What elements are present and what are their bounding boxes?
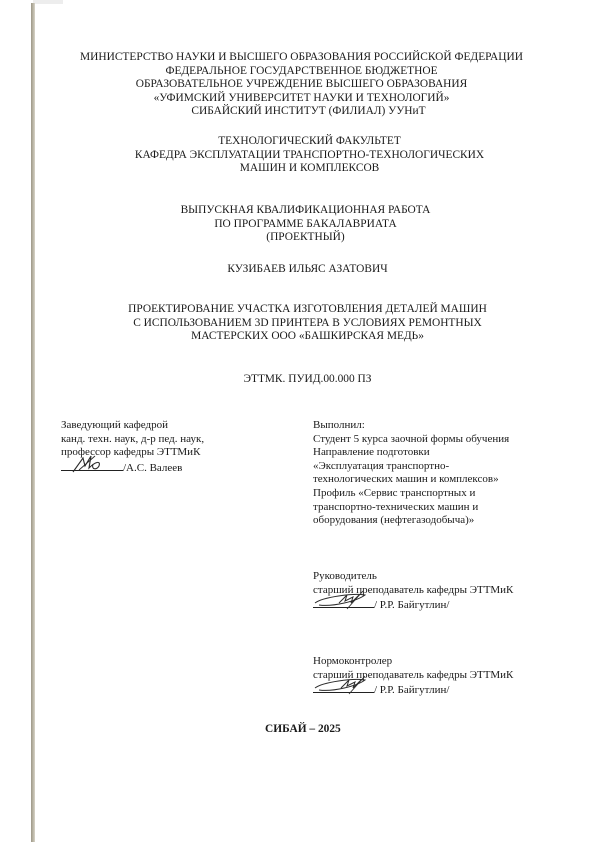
faculty-line: КАФЕДРА ЭКСПЛУАТАЦИИ ТРАНСПОРТНО-ТЕХНОЛО… bbox=[12, 149, 595, 163]
norm-controller-signature-line: / Р.Р. Байгутлин/ bbox=[313, 682, 513, 698]
title-line: МАСТЕРСКИХ ООО «БАШКИРСКАЯ МЕДЬ» bbox=[10, 330, 595, 344]
performed-line: технологических машин и комплексов» bbox=[313, 473, 509, 487]
author-line: КУЗИБАЕВ ИЛЬЯС АЗАТОВИЧ bbox=[10, 263, 595, 277]
supervisor-signature-line: / Р.Р. Байгутлин/ bbox=[313, 597, 513, 613]
norm-controller-role: Нормоконтролер bbox=[313, 655, 513, 669]
head-signature-line: /А.С. Валеев bbox=[61, 460, 204, 476]
signature-blank bbox=[313, 682, 374, 693]
thesis-title: ПРОЕКТИРОВАНИЕ УЧАСТКА ИЗГОТОВЛЕНИЯ ДЕТА… bbox=[10, 303, 595, 344]
city-year: СИБАЙ – 2025 bbox=[265, 723, 341, 735]
scan-edge-line bbox=[31, 3, 35, 842]
performed-line: Направление подготовки bbox=[313, 446, 509, 460]
performed-line: Студент 5 курса заочной формы обучения bbox=[313, 433, 509, 447]
signature-blank bbox=[61, 460, 123, 471]
organization-line: СИБАЙСКИЙ ИНСТИТУТ (ФИЛИАЛ) УУНиТ bbox=[4, 105, 595, 119]
performed-label: Выполнил: bbox=[313, 419, 509, 433]
performed-by-block: Выполнил: Студент 5 курса заочной формы … bbox=[313, 419, 509, 528]
supervisor-role: Руководитель bbox=[313, 570, 513, 584]
faculty-line: МАШИН И КОМПЛЕКСОВ bbox=[12, 162, 595, 176]
organization-line: «УФИМСКИЙ УНИВЕРСИТЕТ НАУКИ И ТЕХНОЛОГИЙ… bbox=[4, 92, 595, 106]
organization-line: МИНИСТЕРСТВО НАУКИ И ВЫСШЕГО ОБРАЗОВАНИЯ… bbox=[4, 51, 595, 65]
performed-line: оборудования (нефтегазодобыча)» bbox=[313, 514, 509, 528]
signature-blank bbox=[313, 597, 374, 608]
head-of-department-block: Заведующий кафедрой канд. техн. наук, д-… bbox=[61, 419, 204, 475]
work-type-line: (ПРОЕКТНЫЙ) bbox=[8, 231, 595, 245]
supervisor-block: Руководитель старший преподаватель кафед… bbox=[313, 570, 513, 613]
norm-controller-block: Нормоконтролер старший преподаватель каф… bbox=[313, 655, 513, 698]
head-role: Заведующий кафедрой bbox=[61, 419, 204, 433]
title-line: ПРОЕКТИРОВАНИЕ УЧАСТКА ИЗГОТОВЛЕНИЯ ДЕТА… bbox=[10, 303, 595, 317]
performed-line: транспортно-технических машин и bbox=[313, 501, 509, 515]
norm-controller-name: / Р.Р. Байгутлин/ bbox=[374, 684, 450, 696]
faculty-line: ТЕХНОЛОГИЧЕСКИЙ ФАКУЛЬТЕТ bbox=[12, 135, 595, 149]
performed-line: Профиль «Сервис транспортных и bbox=[313, 487, 509, 501]
work-type-line: ПО ПРОГРАММЕ БАКАЛАВРИАТА bbox=[8, 218, 595, 232]
supervisor-name: / Р.Р. Байгутлин/ bbox=[374, 599, 450, 611]
organization-header: МИНИСТЕРСТВО НАУКИ И ВЫСШЕГО ОБРАЗОВАНИЯ… bbox=[4, 51, 595, 119]
head-name: /А.С. Валеев bbox=[123, 462, 182, 474]
title-line: С ИСПОЛЬЗОВАНИЕМ 3D ПРИНТЕРА В УСЛОВИЯХ … bbox=[10, 317, 595, 331]
document-code: ЭТТМК. ПУИД.00.000 ПЗ bbox=[10, 373, 595, 387]
code-line: ЭТТМК. ПУИД.00.000 ПЗ bbox=[10, 373, 595, 387]
head-degree: канд. техн. наук, д-р пед. наук, bbox=[61, 433, 204, 447]
scan-artifact-top bbox=[33, 0, 63, 4]
norm-controller-position: старший преподаватель кафедры ЭТТМиК bbox=[313, 669, 513, 683]
author-name: КУЗИБАЕВ ИЛЬЯС АЗАТОВИЧ bbox=[10, 263, 595, 277]
work-type-line: ВЫПУСКНАЯ КВАЛИФИКАЦИОННАЯ РАБОТА bbox=[8, 204, 595, 218]
organization-line: ОБРАЗОВАТЕЛЬНОЕ УЧРЕЖДЕНИЕ ВЫСШЕГО ОБРАЗ… bbox=[4, 78, 595, 92]
faculty-header: ТЕХНОЛОГИЧЕСКИЙ ФАКУЛЬТЕТ КАФЕДРА ЭКСПЛУ… bbox=[12, 135, 595, 176]
head-position: профессор кафедры ЭТТМиК bbox=[61, 446, 204, 460]
organization-line: ФЕДЕРАЛЬНОЕ ГОСУДАРСТВЕННОЕ БЮДЖЕТНОЕ bbox=[4, 65, 595, 79]
supervisor-position: старший преподаватель кафедры ЭТТМиК bbox=[313, 584, 513, 598]
work-type: ВЫПУСКНАЯ КВАЛИФИКАЦИОННАЯ РАБОТА ПО ПРО… bbox=[8, 204, 595, 245]
performed-line: «Эксплуатация транспортно- bbox=[313, 460, 509, 474]
